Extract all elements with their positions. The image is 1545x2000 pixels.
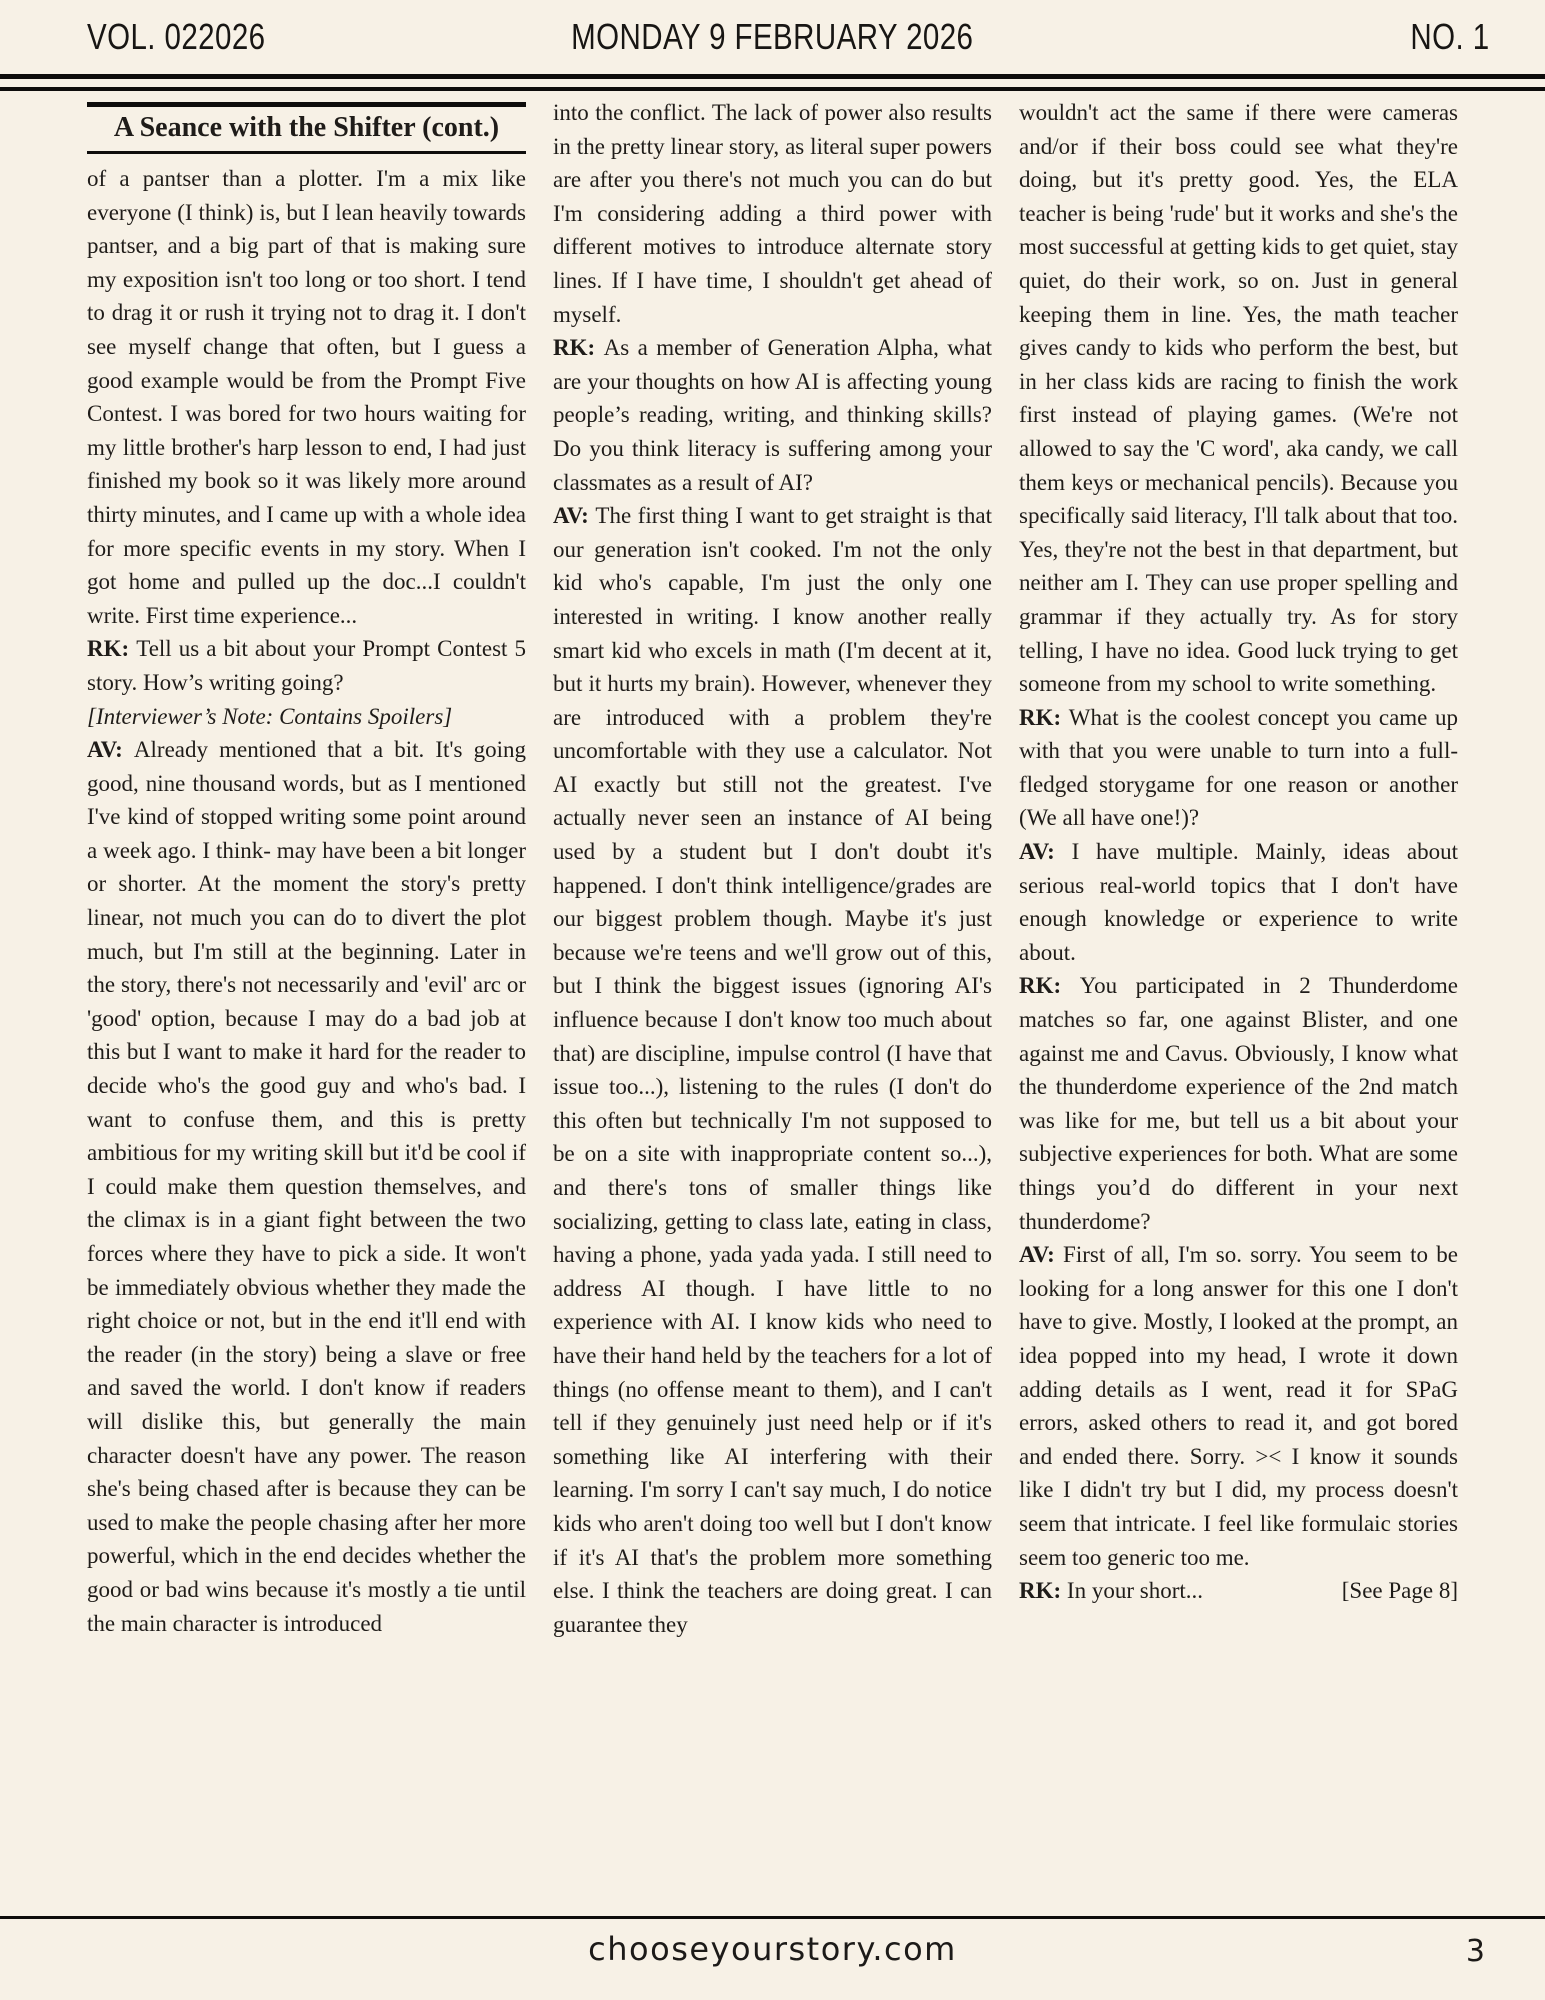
column-1: A Seance with the Shifter (cont.) of a p…	[87, 96, 526, 1910]
speaker-label: RK:	[1019, 705, 1069, 730]
paragraph-text: [Interviewer’s Note: Contains Spoilers]	[87, 704, 452, 729]
paragraph-text: The first thing I want to get straight i…	[553, 503, 992, 1637]
paragraph: RK: You participated in 2 Thunderdome ma…	[1019, 969, 1458, 1238]
masthead: VOL. 022026 MONDAY 9 FEBRUARY 2026 NO. 1	[0, 16, 1545, 68]
speaker-label: AV:	[1019, 1242, 1063, 1267]
date-label: MONDAY 9 FEBRUARY 2026	[0, 16, 1545, 58]
paragraph: AV: First of all, I'm so. sorry. You see…	[1019, 1238, 1458, 1574]
paragraph-text: Tell us a bit about your Prompt Contest …	[87, 636, 526, 695]
paragraph: wouldn't act the same if there were came…	[1019, 96, 1458, 701]
paragraph-text: into the conflict. The lack of power als…	[553, 100, 992, 327]
page-number: 3	[1466, 1934, 1485, 1969]
paragraph-text: wouldn't act the same if there were came…	[1019, 100, 1458, 696]
paragraph-text: What is the coolest concept you came up …	[1019, 705, 1458, 831]
paragraph-text: Already mentioned that a bit. It's going…	[87, 737, 526, 1635]
page-reference: [See Page 8]	[1342, 1574, 1458, 1608]
speaker-label: RK:	[553, 335, 604, 360]
paragraph: RK: In your short...[See Page 8]	[1019, 1574, 1458, 1608]
paragraph: AV: The first thing I want to get straig…	[553, 499, 992, 1641]
paragraph-text: I have multiple. Mainly, ideas about ser…	[1019, 839, 1458, 965]
paragraph-text: You participated in 2 Thunderdome matche…	[1019, 973, 1458, 1233]
issue-label: NO. 1	[1393, 16, 1490, 58]
speaker-label: AV:	[1019, 839, 1072, 864]
speaker-label: RK:	[1019, 973, 1080, 998]
paragraph-text: As a member of Generation Alpha, what ar…	[553, 335, 992, 494]
paragraph: RK: As a member of Generation Alpha, wha…	[553, 331, 992, 499]
newspaper-page: VOL. 022026 MONDAY 9 FEBRUARY 2026 NO. 1…	[0, 0, 1545, 2000]
speaker-label: RK:	[1019, 1578, 1067, 1603]
paragraph-text: First of all, I'm so. sorry. You seem to…	[1019, 1242, 1458, 1569]
speaker-label: AV:	[87, 737, 134, 762]
paragraph: RK: Tell us a bit about your Prompt Cont…	[87, 632, 526, 699]
masthead-double-rule-top	[0, 74, 1545, 79]
paragraph: AV: I have multiple. Mainly, ideas about…	[1019, 835, 1458, 969]
paragraph: AV: Already mentioned that a bit. It's g…	[87, 733, 526, 1640]
column-3: wouldn't act the same if there were came…	[1019, 96, 1458, 1910]
paragraph: into the conflict. The lack of power als…	[553, 96, 992, 331]
speaker-label: AV:	[553, 503, 595, 528]
paragraph: of a pantser than a plotter. I'm a mix l…	[87, 162, 526, 632]
article-title: A Seance with the Shifter (cont.)	[87, 102, 526, 154]
speaker-label: RK:	[87, 636, 136, 661]
paragraph-text: of a pantser than a plotter. I'm a mix l…	[87, 166, 526, 628]
paragraph-text: In your short...	[1067, 1578, 1203, 1603]
paragraph: RK: What is the coolest concept you came…	[1019, 701, 1458, 835]
column-2: into the conflict. The lack of power als…	[553, 96, 992, 1910]
site-name: chooseyourstory.com	[0, 1930, 1545, 1968]
article-columns: A Seance with the Shifter (cont.) of a p…	[87, 96, 1458, 1910]
paragraph: [Interviewer’s Note: Contains Spoilers]	[87, 700, 526, 734]
footer-rule	[0, 1916, 1545, 1919]
masthead-double-rule-bottom	[0, 87, 1545, 91]
